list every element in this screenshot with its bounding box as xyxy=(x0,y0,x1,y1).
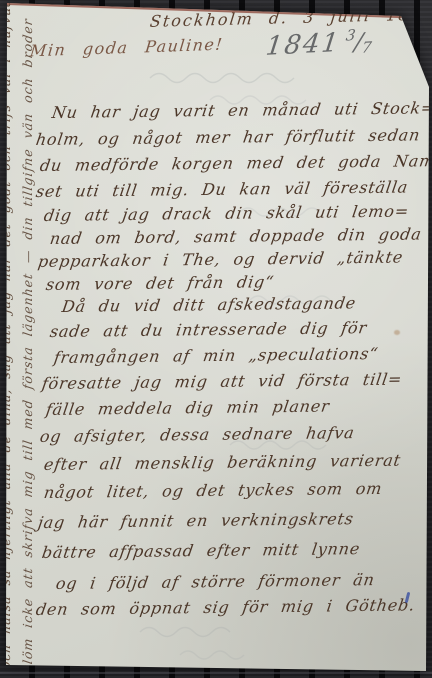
archival-year: 1841 xyxy=(264,28,342,62)
letter-line: pepparkakor i The, og dervid „tänkte xyxy=(37,248,405,271)
letter-line: sade att du intresserade dig för xyxy=(49,318,369,341)
letter-sheet: Stockholm d. 3 julii 1841. 1841 3/7 Min … xyxy=(0,0,432,678)
margin-note-outer: och hälsa så hjertligt alla de dina, säg… xyxy=(0,68,13,670)
letter-line: föresatte jag mig att vid första till= xyxy=(41,370,404,393)
letter-line: efter all mensklig beräkning varierat xyxy=(43,451,403,474)
letter-line: bättre affpassad efter mitt lynne xyxy=(41,539,362,562)
letter-line: holm, og något mer har förflutit sedan xyxy=(35,125,422,149)
letter-line: du medförde korgen med det goda Nam= xyxy=(39,151,432,175)
letter-line: Nu har jag varit en månad uti Stock= xyxy=(51,98,432,122)
letter-line: set uti till mig. Du kan väl föreställa xyxy=(35,177,410,201)
letter-line: Då du vid ditt afskedstagande xyxy=(61,293,358,316)
letter-line: nad om bord, samt doppade din goda xyxy=(49,224,423,248)
archival-pencil-mark: 1841 3/7 xyxy=(264,25,374,62)
salutation: Min goda Pauline! xyxy=(29,35,224,61)
letter-line: den som öppnat sig för mig i Götheb. xyxy=(35,595,417,619)
paper-stain xyxy=(394,330,400,335)
dateline: Stockholm d. 3 julii 1841. xyxy=(149,4,432,31)
archival-denominator: 7 xyxy=(361,38,373,57)
letter-line: dig att jag drack din skål uti lemo= xyxy=(43,202,411,225)
letter-sheet-wrap: Stockholm d. 3 julii 1841. 1841 3/7 Min … xyxy=(0,0,432,678)
letter-line: jag här funnit en verkningskrets xyxy=(37,509,356,532)
letter-line: framgången af min „speculations“ xyxy=(53,344,380,367)
letter-photograph: Stockholm d. 3 julii 1841. 1841 3/7 Min … xyxy=(0,0,432,678)
letter-line: som vore det från dig“ xyxy=(45,272,276,294)
letter-line: något litet, og det tyckes som om xyxy=(43,479,384,502)
letter-line: fälle meddela dig min planer xyxy=(45,397,331,420)
letter-line: og i följd af större förmoner än xyxy=(55,570,377,593)
margin-note-inner: glöm icke att skrifva mig till med först… xyxy=(20,72,35,674)
letter-line: og afsigter, dessa sednare hafva xyxy=(39,423,356,446)
